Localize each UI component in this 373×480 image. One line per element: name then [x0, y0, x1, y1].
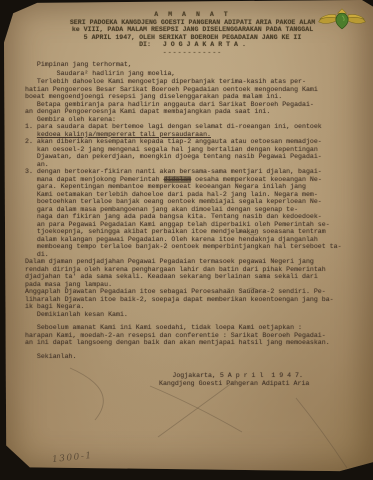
- list-item-3-line: dalam kalangan pegawai Pegadaian. Oleh k…: [25, 236, 360, 244]
- paragraph-line: Dalam djaman pendjadjahan Pegawai Pegada…: [25, 258, 360, 266]
- list-item-3-line: 3. dengan bertoekar-fikiran nanti akan b…: [25, 168, 360, 176]
- header-rule: ------------: [25, 49, 360, 57]
- paragraph-line: Demikianlah kesan Kami.: [25, 311, 360, 319]
- paragraph-line: rendah dirinja oleh karena penghargaan l…: [25, 266, 360, 274]
- struck-out-word: didalam: [164, 176, 192, 183]
- salutation-line: Pimpinan jang terhormat,: [25, 61, 360, 69]
- paragraph-line: hatian Pengoeroes Besar Sarikat Boeroeh …: [25, 86, 360, 94]
- salutation-line: Saudara² hadlirin jang moelia,: [25, 70, 360, 78]
- list-item-3-line: gara dalam masa pembangoenan jang akan d…: [25, 206, 360, 214]
- list-item-3-line: mana dapat menjokong Pemerintah didalam …: [25, 176, 360, 184]
- list-item-2-line: 2. akan diberikan kesempatan kepada tiap…: [25, 138, 360, 146]
- list-item-3-line: memboeang tempo terlaloe banjak-2 oentoe…: [25, 243, 360, 251]
- paragraph-line: Seboelum amanat Kami ini Kami soedahi, t…: [25, 324, 360, 332]
- list-item-1-line: 1. para saudara dapat bertemoe lagi deng…: [25, 123, 360, 131]
- paragraph-line: boeat mengoendjoengi resepsi jang disele…: [25, 93, 360, 101]
- paragraph-line: an ini dapat langsoeng dengan baik dan a…: [25, 339, 360, 347]
- paragraph-line: Betapa gembiranja para hadlirin anggauta…: [25, 101, 360, 109]
- letter-title: A M A N A T: [25, 11, 360, 19]
- paragraph-line: Anggaplah Djawatan Pegadaian itoe sebaga…: [25, 288, 360, 296]
- paragraph-line: pada masa jang lampau.: [25, 281, 360, 289]
- list-item-2-line: kan oesoel-2 jang mengenai segala hal ja…: [25, 146, 360, 154]
- paragraph-line: liharalah Djawatan itoe baik-2, soepaja …: [25, 296, 360, 304]
- signature-block: Jogjakarta, 5 A p r i l 1 9 4 7. Kangdje…: [25, 372, 360, 387]
- list-item-3-line: boetoehkan terlaloe banjak oeang oentoek…: [25, 198, 360, 206]
- underlined-phrase: kedoea kalinja/mempererat tali persaudar…: [37, 131, 211, 138]
- header-line: ke VIII, PADA MALAM RESEPSI JANG DISELEN…: [25, 26, 360, 34]
- line-text: mana dapat menjokong Pemerintah: [25, 176, 164, 183]
- header-line: DI: J O G J A K A R T A .: [25, 41, 360, 49]
- paragraph-line: Terlebih dahoeloe Kami mengoetjap diperb…: [25, 78, 360, 86]
- indent: [25, 131, 37, 138]
- list-item-3-line: an para Pegawai Pegadaian Kami anggap te…: [25, 221, 360, 229]
- paragraph-line: an dengan Pengoeroesnja Kami dapat memba…: [25, 108, 360, 116]
- list-item-2-line: Djawatan, dan pekerdjaan, moengkin djoeg…: [25, 153, 360, 161]
- signature-line: Kangdjeng Goesti Pangeran Adipati Aria: [159, 380, 360, 388]
- list-item-3-line: Kami oetamakan terlebih dahoeloe dari pa…: [25, 191, 360, 199]
- paragraph-line: djadjahan ta' ada sama sekali. Keadaan s…: [25, 273, 360, 281]
- date-line: Jogjakarta, 5 A p r i l 1 9 4 7.: [172, 372, 360, 380]
- list-item-3-line: di.: [25, 251, 360, 259]
- header-line: 5 APRIL 1947, OLEH SERIKAT BOEROEH PEGAD…: [25, 34, 360, 42]
- list-item-3-line: naga dan fikiran jang ada pada bangsa ki…: [25, 213, 360, 221]
- header-line: SERI PADOEKA KANGDJENG GOESTI PANGERAN A…: [25, 19, 360, 27]
- list-item-3-line: tjoekoepnja, sehingga akibat perbaikan i…: [25, 228, 360, 236]
- list-item-1-line: kedoea kalinja/mempererat tali persaudar…: [25, 131, 360, 139]
- paragraph-line: harapan Kami, moedah-2-an resepsi dan co…: [25, 332, 360, 340]
- list-item-2-line: an.: [25, 161, 360, 169]
- line-text: oesaha memperkoeat keoeangan Ne-: [191, 176, 322, 183]
- paragraph-line: Gembira oleh karena:: [25, 116, 360, 124]
- list-item-3-line: gara. Kepentingan membantoe memperkoeat …: [25, 183, 360, 191]
- closing-word: Sekianlah.: [25, 353, 360, 361]
- letter-content: A M A N A T SERI PADOEKA KANGDJENG GOEST…: [25, 11, 360, 387]
- scanned-letter-page: { "colors": { "paper": "#b7a07c", "ink":…: [0, 0, 373, 480]
- paragraph-line: ik bagi Negara.: [25, 303, 360, 311]
